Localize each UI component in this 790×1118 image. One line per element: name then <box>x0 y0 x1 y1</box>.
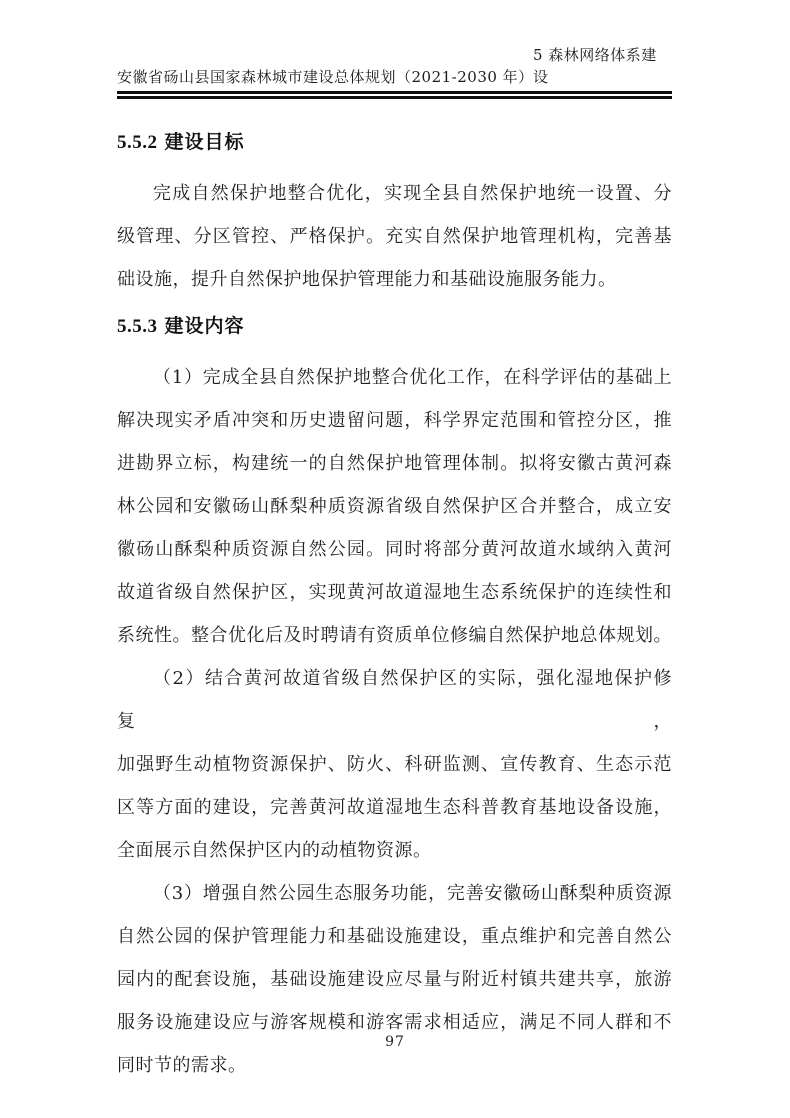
body-line: 础设施，提升自然保护地保护管理能力和基础设施服务能力。 <box>117 258 672 301</box>
header-document-title: 安徽省砀山县国家森林城市建设总体规划（2021-2030 年） <box>117 66 533 88</box>
paragraph: 完成自然保护地整合优化，实现全县自然保护地统一设置、分级管理、分区管控、严格保护… <box>117 172 672 301</box>
paragraph: （1）完成全县自然保护地整合优化工作，在科学评估的基础上解决现实矛盾冲突和历史遗… <box>117 356 672 657</box>
body-line: 系统性。整合优化后及时聘请有资质单位修编自然保护地总体规划。 <box>117 614 672 657</box>
page-footer: 97 <box>0 1034 790 1050</box>
body-line: 同时节的需求。 <box>117 1044 672 1087</box>
paragraph: （3）增强自然公园生态服务功能，完善安徽砀山酥梨种质资源自然公园的保护管理能力和… <box>117 872 672 1087</box>
page-number: 97 <box>385 1034 405 1050</box>
section-heading-5.5.2: 5.5.2建设目标 <box>117 127 672 158</box>
document-body: 5.5.2建设目标完成自然保护地整合优化，实现全县自然保护地统一设置、分级管理、… <box>117 99 672 1087</box>
section-number: 5.5.2 <box>117 132 158 153</box>
body-line: 级管理、分区管控、严格保护。充实自然保护地管理机构，完善基 <box>117 215 672 258</box>
section-number: 5.5.3 <box>117 316 158 337</box>
section-title: 建设目标 <box>165 132 245 153</box>
section-heading-5.5.3: 5.5.3建设内容 <box>117 311 672 342</box>
header-double-rule <box>117 91 672 99</box>
paragraph: （2）结合黄河故道省级自然保护区的实际，强化湿地保护修复，加强野生动植物资源保护… <box>117 657 672 872</box>
body-line: 故道省级自然保护区，实现黄河故道湿地生态系统保护的连续性和 <box>117 571 672 614</box>
header-chapter-title: 5 森林网络体系建设 <box>533 44 672 88</box>
body-line: 园内的配套设施，基础设施建设应尽量与附近村镇共建共享，旅游 <box>117 958 672 1001</box>
running-header: 安徽省砀山县国家森林城市建设总体规划（2021-2030 年） 5 森林网络体系… <box>117 0 672 88</box>
body-line: 加强野生动植物资源保护、防火、科研监测、宣传教育、生态示范 <box>117 743 672 786</box>
body-line: （3）增强自然公园生态服务功能，完善安徽砀山酥梨种质资源 <box>117 872 672 915</box>
body-line: 徽砀山酥梨种质资源自然公园。同时将部分黄河故道水域纳入黄河 <box>117 528 672 571</box>
body-line: 林公园和安徽砀山酥梨种质资源省级自然保护区合并整合，成立安 <box>117 485 672 528</box>
body-line: 解决现实矛盾冲突和历史遗留问题，科学界定范围和管控分区，推 <box>117 399 672 442</box>
body-line: 自然公园的保护管理能力和基础设施建设，重点维护和完善自然公 <box>117 915 672 958</box>
body-line: 进勘界立标，构建统一的自然保护地管理体制。拟将安徽古黄河森 <box>117 442 672 485</box>
body-line: （2）结合黄河故道省级自然保护区的实际，强化湿地保护修复， <box>117 657 672 743</box>
body-line: 全面展示自然保护区内的动植物资源。 <box>117 829 672 872</box>
body-line: 完成自然保护地整合优化，实现全县自然保护地统一设置、分 <box>117 172 672 215</box>
body-line: 区等方面的建设，完善黄河故道湿地生态科普教育基地设备设施， <box>117 786 672 829</box>
document-page: 安徽省砀山县国家森林城市建设总体规划（2021-2030 年） 5 森林网络体系… <box>0 0 790 1118</box>
section-title: 建设内容 <box>165 316 245 337</box>
body-line: （1）完成全县自然保护地整合优化工作，在科学评估的基础上 <box>117 356 672 399</box>
